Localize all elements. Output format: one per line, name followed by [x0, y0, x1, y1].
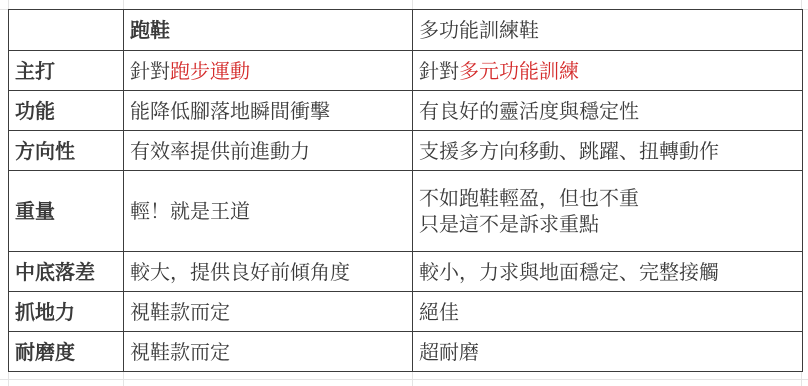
table-row-weight: 重量 輕！就是王道 不如跑鞋輕盈，但也不重 只是這不是訴求重點 — [9, 171, 803, 252]
cell-running-shoe: 視鞋款而定 — [124, 292, 413, 332]
row-label: 功能 — [9, 91, 124, 131]
cell-running-shoe: 能降低腳落地瞬間衝擊 — [124, 91, 413, 131]
cell-multi-training-shoe: 針對多元功能訓練 — [413, 51, 803, 91]
cell-running-shoe: 視鞋款而定 — [124, 332, 413, 372]
row-label: 抓地力 — [9, 292, 124, 332]
header-cell-multi-training-shoe: 多功能訓練鞋 — [413, 10, 803, 51]
cell-multi-training-shoe: 有良好的靈活度與穩定性 — [413, 91, 803, 131]
shoe-comparison-table: 跑鞋 多功能訓練鞋 主打 針對跑步運動 針對多元功能訓練 功能 能降低腳落地瞬間… — [8, 9, 803, 372]
cell-running-shoe: 較大，提供良好前傾角度 — [124, 252, 413, 292]
cell-multi-training-shoe: 不如跑鞋輕盈，但也不重 只是這不是訴求重點 — [413, 171, 803, 252]
header-row: 跑鞋 多功能訓練鞋 — [9, 10, 803, 51]
table-row-durability: 耐磨度 視鞋款而定 超耐磨 — [9, 332, 803, 372]
row-label: 中底落差 — [9, 252, 124, 292]
cell-multi-training-shoe: 支援多方向移動、跳躍、扭轉動作 — [413, 131, 803, 171]
cell-multi-training-shoe: 超耐磨 — [413, 332, 803, 372]
table-row-direction: 方向性 有效率提供前進動力 支援多方向移動、跳躍、扭轉動作 — [9, 131, 803, 171]
cell-line-1: 不如跑鞋輕盈，但也不重 — [419, 185, 802, 211]
table-row-heel-drop: 中底落差 較大，提供良好前傾角度 較小，力求與地面穩定、完整接觸 — [9, 252, 803, 292]
table-row-focus: 主打 針對跑步運動 針對多元功能訓練 — [9, 51, 803, 91]
cell-multi-training-shoe: 較小，力求與地面穩定、完整接觸 — [413, 252, 803, 292]
row-label: 方向性 — [9, 131, 124, 171]
cell-prefix-text: 針對 — [130, 59, 170, 83]
cell-running-shoe: 有效率提供前進動力 — [124, 131, 413, 171]
cell-running-shoe: 針對跑步運動 — [124, 51, 413, 91]
row-label: 耐磨度 — [9, 332, 124, 372]
header-cell-empty — [9, 10, 124, 51]
table-row-grip: 抓地力 視鞋款而定 絕佳 — [9, 292, 803, 332]
cell-line-2: 只是這不是訴求重點 — [419, 211, 802, 237]
row-label: 主打 — [9, 51, 124, 91]
row-label: 重量 — [9, 171, 124, 252]
cell-prefix-text: 針對 — [419, 59, 459, 83]
header-cell-running-shoe: 跑鞋 — [124, 10, 413, 51]
highlighted-text: 多元功能訓練 — [459, 59, 579, 83]
highlighted-text: 跑步運動 — [170, 59, 250, 83]
cell-multi-training-shoe: 絕佳 — [413, 292, 803, 332]
cell-running-shoe: 輕！就是王道 — [124, 171, 413, 252]
table-row-function: 功能 能降低腳落地瞬間衝擊 有良好的靈活度與穩定性 — [9, 91, 803, 131]
